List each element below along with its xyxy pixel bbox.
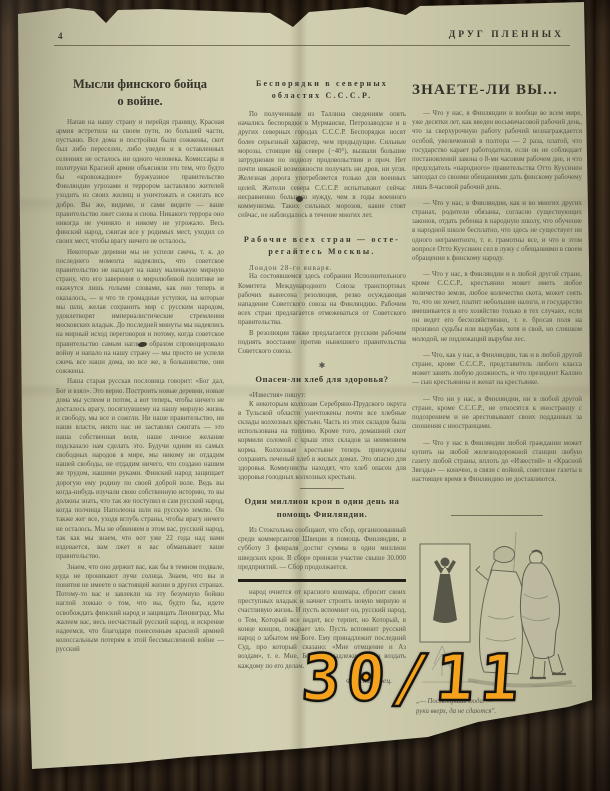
headline-line: о войне. xyxy=(56,93,224,110)
article-headline: Опасен-ли хлеб для здоровья? xyxy=(238,373,406,385)
column-middle: Беспорядки в северных областях С.С.С.Р. … xyxy=(238,58,406,726)
headline-line: помощь Финляндии. xyxy=(238,508,406,520)
article-headline: Один миллион крон в один день на помощь … xyxy=(238,495,406,520)
paragraph: — Что у нас, в Финляндии и вообще во все… xyxy=(412,109,582,192)
column-thick-rule xyxy=(238,579,406,582)
paragraph: Наша старая русская пословица говорит: «… xyxy=(56,377,224,561)
article-body: Из Стокгольма сообщают, что сбор, органи… xyxy=(238,526,406,572)
article-headline: Рабочие всех стран — осте- регайтесь Мос… xyxy=(238,234,406,258)
article-body: Напав на нашу страну и перейдя границу, … xyxy=(56,118,224,655)
headline-line: областях С.С.С.Р. xyxy=(238,90,406,102)
paragraph: — Что ни у нас, в Финляндии, ни в любой … xyxy=(412,395,582,432)
datestamp: 30/11 xyxy=(299,642,527,716)
section-divider-rule xyxy=(451,515,543,516)
paragraph: Из Стокгольма сообщают, что сбор, органи… xyxy=(238,526,406,572)
headline-line: Мысли финского бойца xyxy=(56,76,224,93)
paragraph: На состоявшемся здесь собрании Исполните… xyxy=(238,272,406,327)
newspaper-title: ДРУГ ПЛЕННЫХ xyxy=(449,30,564,40)
paragraph: По полученным из Таллина сведениям опять… xyxy=(238,110,406,220)
paragraph: Некоторые деревни мы не успели сжечь, т.… xyxy=(56,248,224,377)
paragraph: Напав на нашу страну и перейдя границу, … xyxy=(56,118,224,247)
headline-line: Беспорядки в северных xyxy=(238,78,406,90)
paragraph: К некоторым колхозам Серебряно-Прудского… xyxy=(238,400,406,483)
page-number: 4 xyxy=(58,31,63,41)
article-body: На состоявшемся здесь собрании Исполните… xyxy=(238,272,406,356)
ink-blot xyxy=(296,196,303,202)
header-rule xyxy=(54,45,570,46)
article-headline: Беспорядки в северных областях С.С.С.Р. xyxy=(238,78,406,102)
lead-in: «Известия» пишут: xyxy=(238,392,406,399)
article-body: К некоторым колхозам Серебряно-Прудского… xyxy=(238,400,406,483)
section-divider-star: ✱ xyxy=(238,361,406,370)
headline-line: регайтесь Москвы. xyxy=(238,246,406,258)
article-body: — Что у нас, в Финляндии и вообще во все… xyxy=(412,109,582,505)
article-headline: Мысли финского бойца о войне. xyxy=(56,76,224,110)
dateline: Лондон 28-го января. xyxy=(238,264,406,272)
headline-line: Рабочие всех стран — осте- xyxy=(238,234,406,246)
headline-line: Один миллион крон в один день на xyxy=(238,495,406,507)
paragraph: Знаем, что оно держит вас, как бы в темн… xyxy=(56,563,224,655)
article-headline: ЗНАЕТЕ-ЛИ ВЫ... xyxy=(412,82,582,99)
article-body: По полученным из Таллина сведениям опять… xyxy=(238,110,406,220)
paragraph: — Что, как у нас, в Финляндии, так и в л… xyxy=(412,351,582,388)
paragraph: — Что у нас, в Финляндии и в любой друго… xyxy=(412,270,582,344)
section-divider-rule xyxy=(300,488,344,489)
paragraph: В резолюции также предлагается русским р… xyxy=(238,329,406,357)
column-left: Мысли финского бойца о войне. Напав на н… xyxy=(56,58,224,724)
paragraph: — Что у нас в Финляндии любой гражданин … xyxy=(412,439,582,485)
paragraph: — Что у нас, в Финляндии, как и во многи… xyxy=(412,199,582,263)
